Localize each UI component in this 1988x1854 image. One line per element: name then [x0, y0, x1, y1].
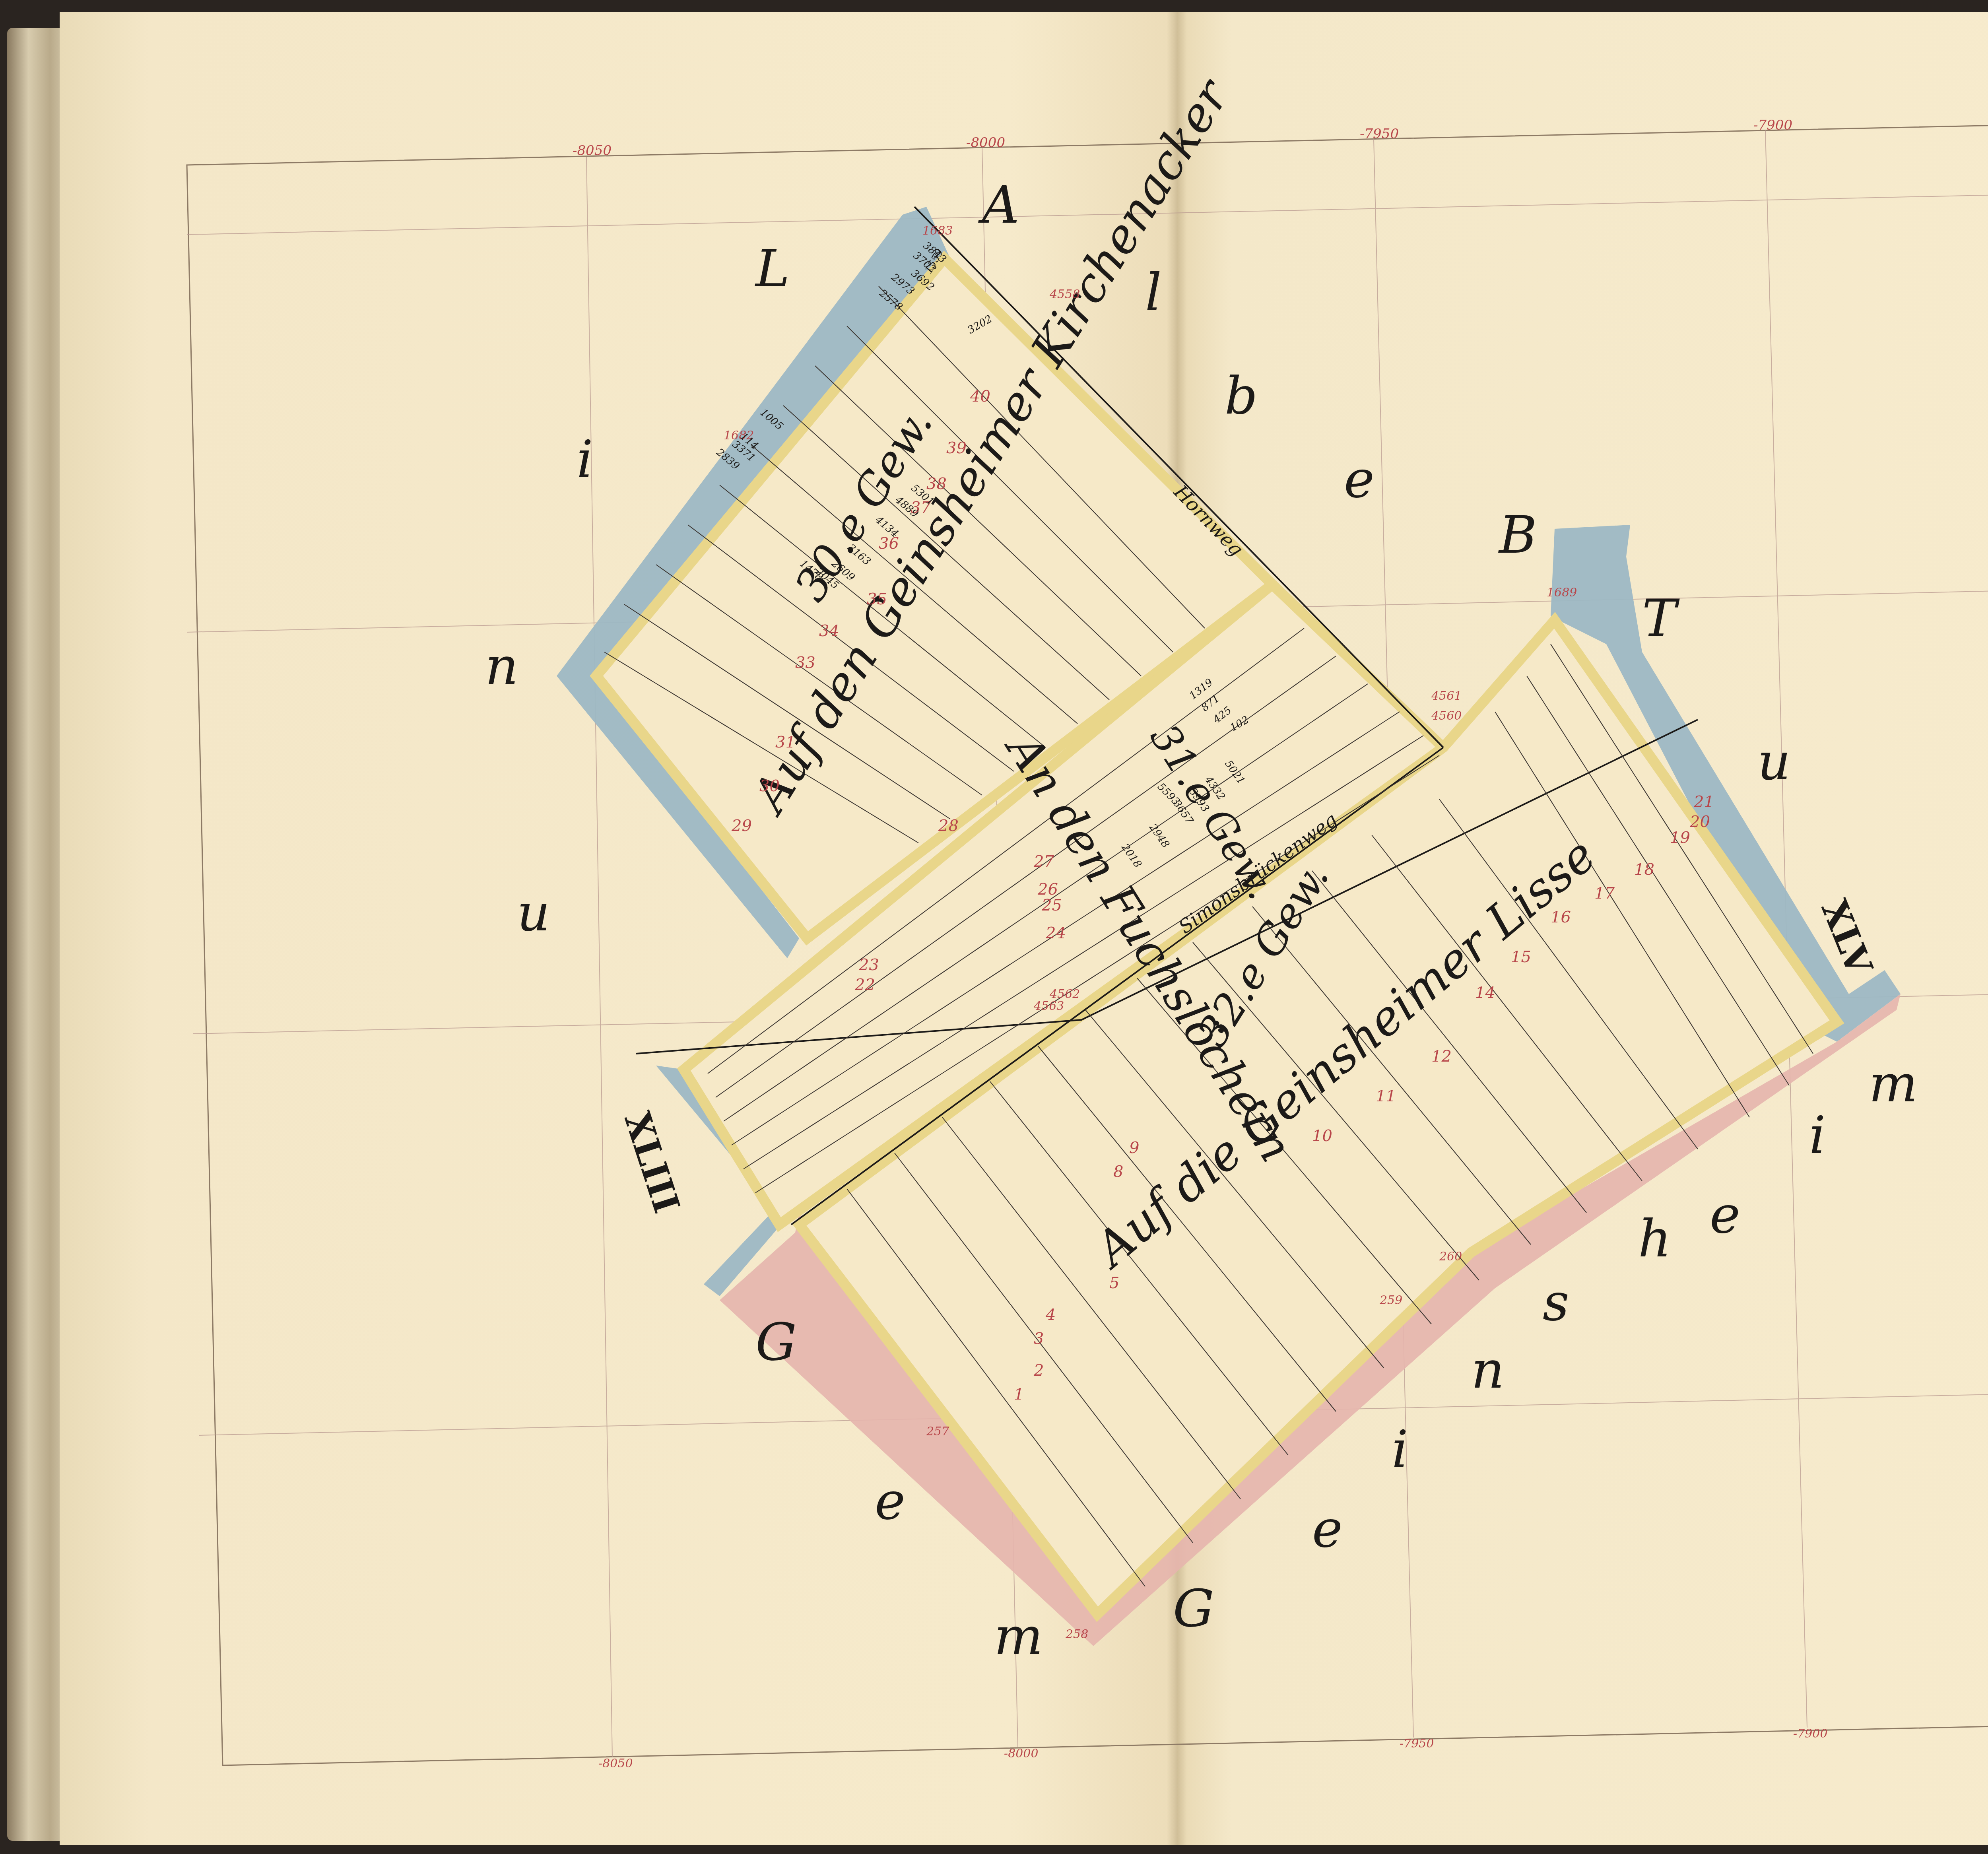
map-label: A	[978, 175, 1019, 235]
map-label: h	[1638, 1208, 1672, 1269]
map-label: 4560	[1431, 709, 1462, 723]
map-label: 9	[1129, 1139, 1139, 1157]
map-label: 17	[1594, 884, 1615, 903]
map-label: 5	[1109, 1274, 1119, 1292]
cadastral-map: -8050 -8000 -7950 -7900 -8050 -8000 -795…	[0, 0, 1988, 1854]
map-label: T	[1642, 588, 1680, 648]
map-label: b	[1225, 365, 1258, 426]
map-label: 39	[946, 439, 967, 457]
map-label: 19	[1670, 829, 1690, 847]
map-label: 260	[1439, 1250, 1462, 1264]
map-label: 27	[1033, 852, 1054, 871]
map-label: 28	[938, 817, 959, 835]
map-label: e	[1344, 449, 1375, 509]
map-label: 10	[1312, 1127, 1332, 1145]
map-label: 258	[1065, 1627, 1088, 1641]
map-label: 29	[731, 817, 752, 835]
map-label: 4	[1045, 1306, 1056, 1324]
map-label: 22	[854, 976, 875, 994]
map-label: l	[1145, 262, 1162, 322]
map-label: 38	[926, 475, 947, 493]
map-label: B	[1498, 505, 1537, 565]
map-label: G	[755, 1312, 797, 1372]
map-label: 30	[759, 777, 780, 795]
map-label: 4561	[1431, 689, 1462, 703]
map-label: 31	[775, 733, 796, 751]
grid-labels-bottom: -8050 -8000 -7950 -7900	[598, 1727, 1827, 1771]
map-label: 23	[858, 956, 879, 974]
map-label: -7950	[1360, 126, 1399, 142]
map-label: m	[994, 1606, 1043, 1666]
map-label: 12	[1431, 1047, 1452, 1066]
map-label: 1689	[1547, 586, 1577, 600]
sheet-number-left: XLIII	[616, 1107, 688, 1218]
map-label: L	[755, 238, 790, 299]
map-label: 34	[819, 622, 839, 640]
map-label: 14	[1475, 984, 1495, 1002]
map-label: 35	[867, 590, 887, 608]
map-label: -8000	[1004, 1747, 1038, 1761]
map-label: e	[1710, 1184, 1740, 1245]
map-label: 4563	[1033, 999, 1064, 1013]
map-label: 3	[1034, 1330, 1044, 1348]
map-label: 40	[970, 387, 990, 406]
map-label: -8050	[598, 1757, 633, 1771]
map-label: 8	[1113, 1163, 1123, 1181]
map-label: -8000	[966, 135, 1005, 151]
map-label: u	[517, 882, 550, 943]
map-label: 4558	[1049, 287, 1080, 301]
map-label: 25	[1041, 896, 1062, 914]
map-label: 2	[1033, 1361, 1044, 1380]
map-label: -7950	[1400, 1737, 1434, 1751]
map-label: 21	[1693, 793, 1714, 811]
map-label: 26	[1037, 880, 1058, 899]
map-label: i	[1809, 1105, 1826, 1165]
map-label: e	[875, 1471, 905, 1531]
map-label: 1683	[922, 224, 953, 238]
map-label: -8050	[573, 143, 612, 159]
map-label: 257	[926, 1425, 949, 1439]
map-label: u	[1757, 731, 1791, 792]
map-label: G	[1173, 1578, 1214, 1639]
map-label: -7900	[1753, 117, 1792, 133]
map-label: 20	[1689, 813, 1710, 831]
map-label: -7900	[1793, 1727, 1827, 1741]
map-label: i	[1392, 1419, 1408, 1479]
map-label: i	[577, 429, 593, 489]
map-label: 24	[1045, 924, 1066, 942]
map-label: 15	[1511, 948, 1531, 966]
map-label: 33	[795, 654, 815, 672]
map-label: n	[1471, 1340, 1505, 1400]
map-label: 259	[1379, 1293, 1402, 1307]
map-label: 16	[1551, 908, 1571, 926]
map-label: n	[485, 636, 518, 696]
map-label: e	[1312, 1499, 1343, 1559]
map-label: s	[1543, 1272, 1569, 1332]
map-label: 11	[1376, 1087, 1396, 1105]
map-label: 18	[1634, 860, 1654, 879]
map-label: 36	[879, 534, 899, 553]
map-label: m	[1869, 1053, 1918, 1114]
map-label: 1	[1014, 1385, 1024, 1404]
